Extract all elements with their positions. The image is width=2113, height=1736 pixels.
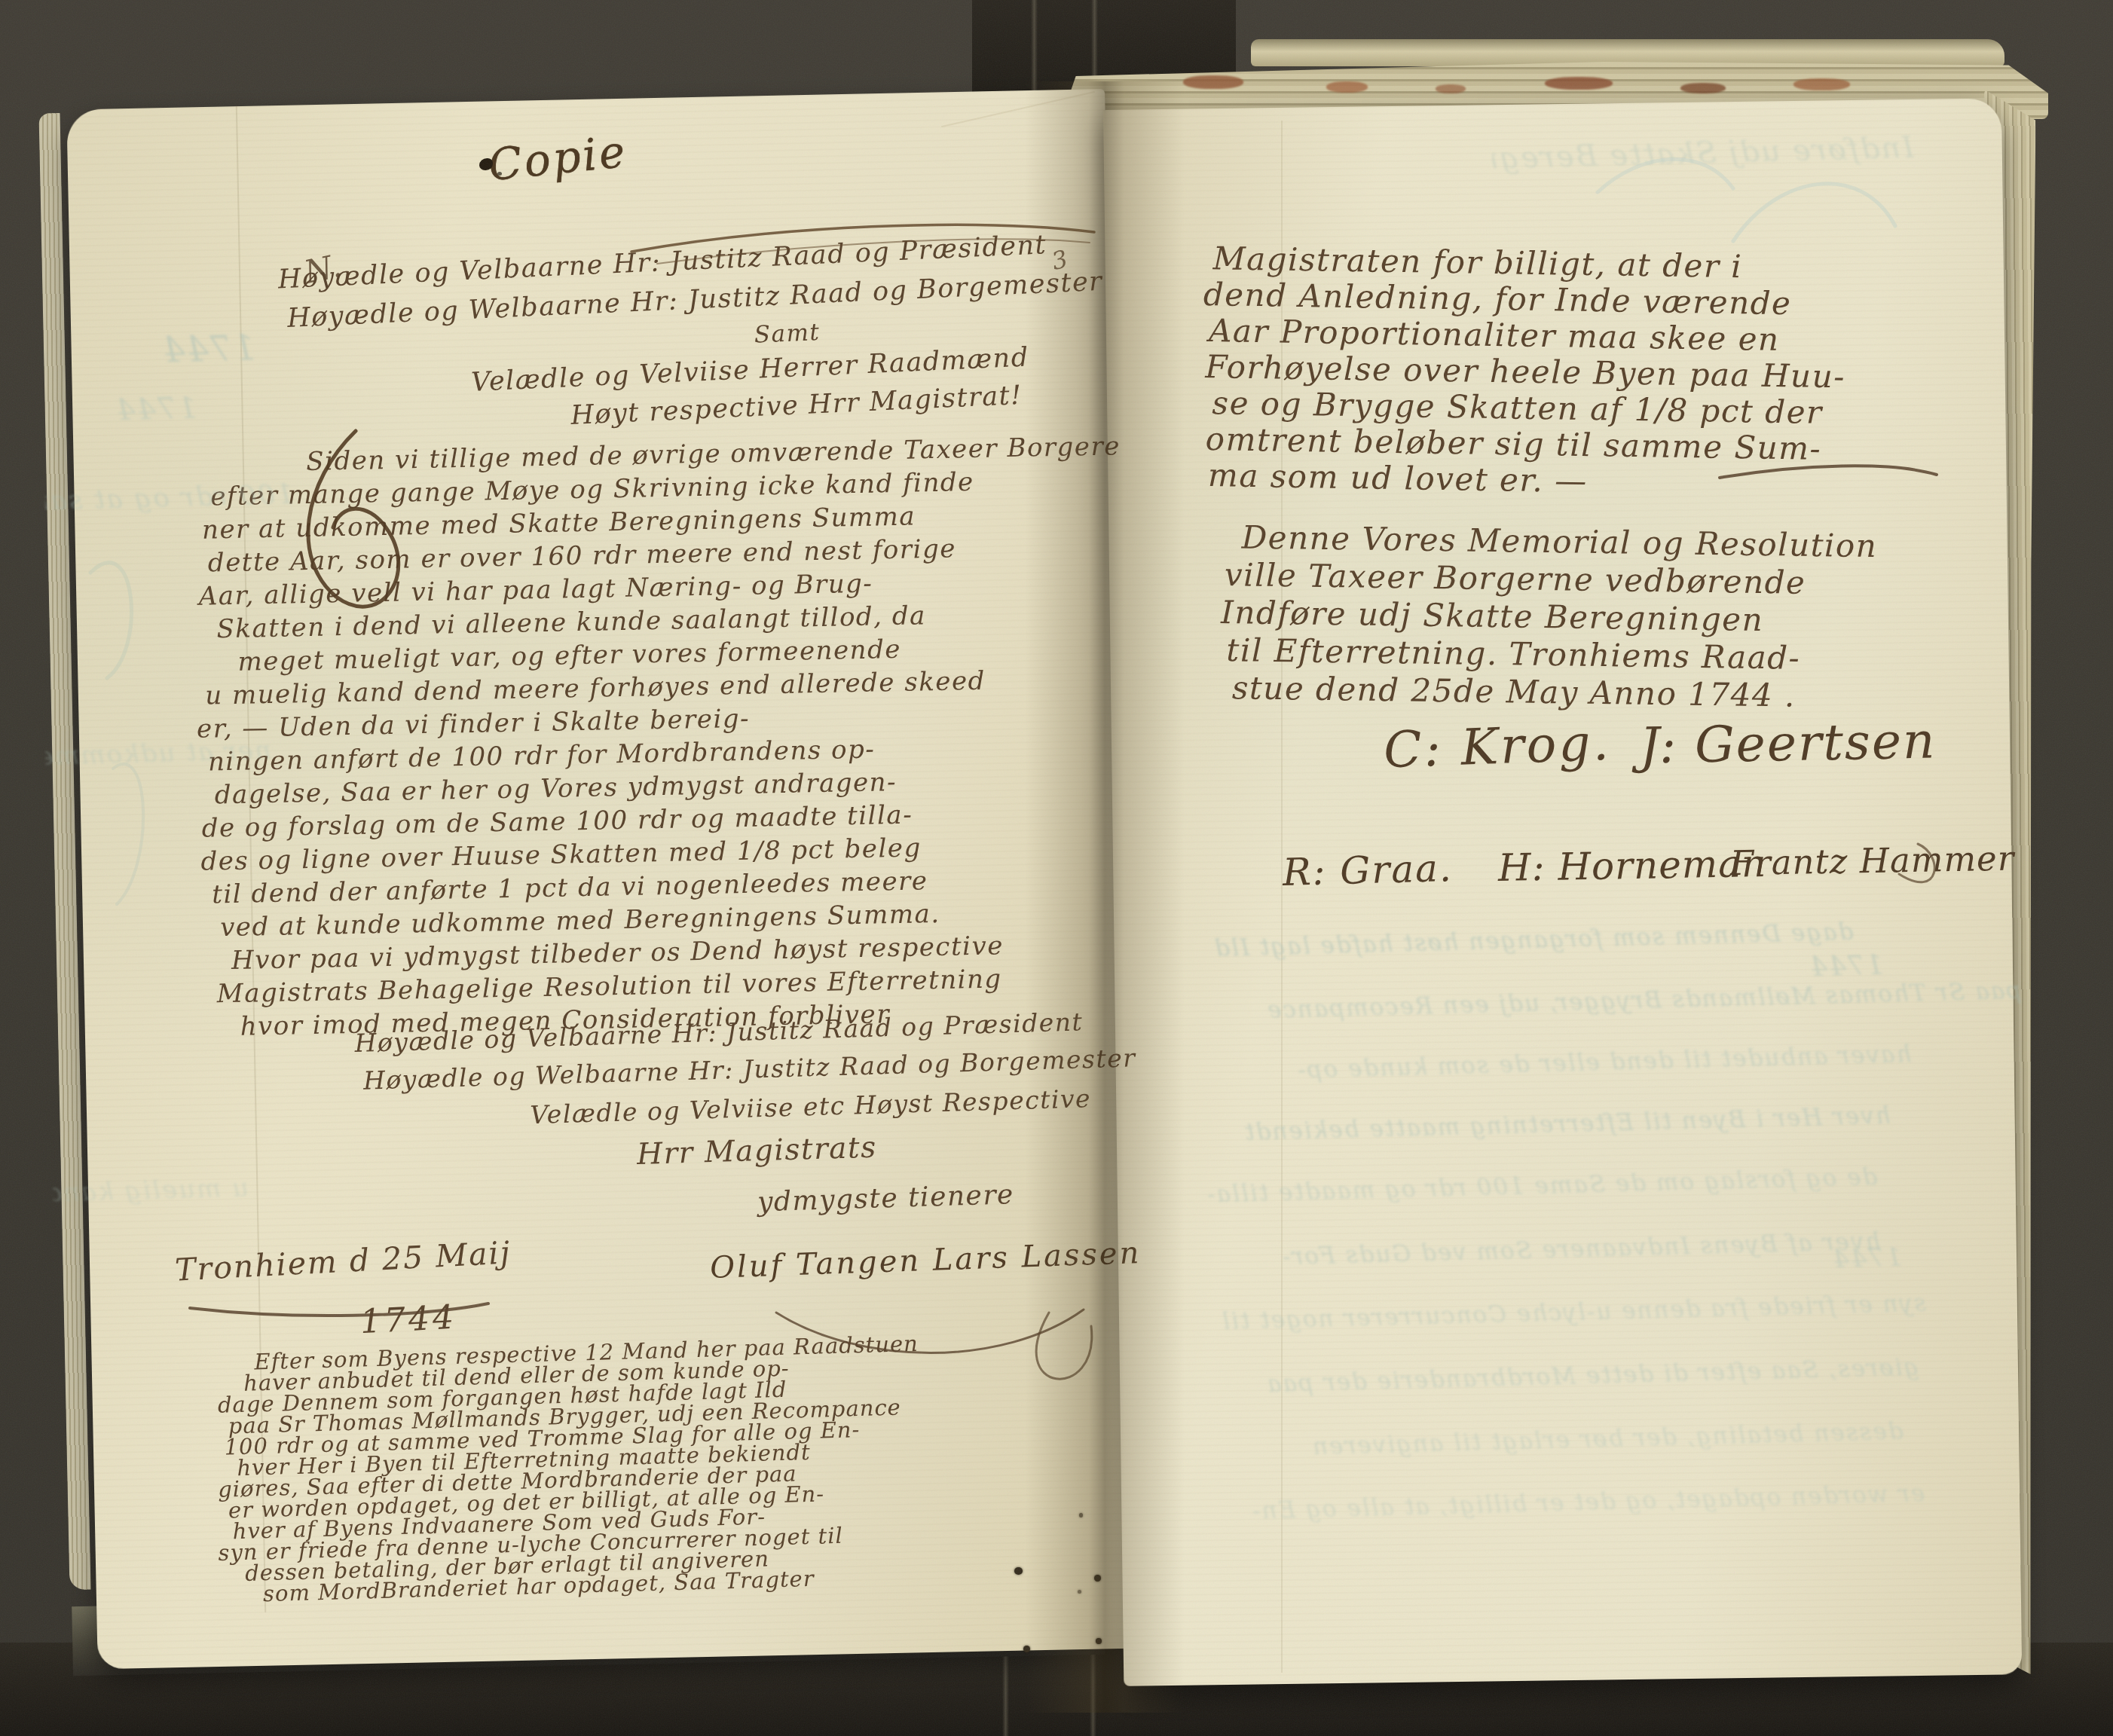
ink-speck	[1079, 1513, 1083, 1517]
bleedthrough-text: 100 rdr og at samme ved Tromme Slag for …	[45, 479, 295, 517]
edge-marbling	[1326, 81, 1368, 93]
bleedthrough-text: 1744	[114, 391, 197, 428]
wormhole	[1023, 1646, 1030, 1652]
edge-marbling	[1545, 77, 1613, 90]
signature-geertsen: J: Geertsen	[1639, 712, 1937, 775]
edge-marbling	[1183, 75, 1243, 89]
resolution-line: ma som ud lovet er. —	[1208, 457, 1588, 500]
bleedthrough-text: 1744	[1830, 1242, 1903, 1274]
signature-hammer: Frantz Hammer	[1730, 839, 2015, 884]
bleedthrough-text: ner at udkomme med Skatte Beregningens S…	[45, 735, 272, 772]
wormhole	[1014, 1567, 1023, 1575]
archival-manuscript-scan: N. Copie 3 Høyædle og Velbaarne Hr: Just…	[0, 0, 2113, 1736]
ink-blot-speck	[497, 172, 502, 176]
signature-graa: R: Graa.	[1282, 846, 1453, 894]
bleedthrough-text: 1744	[161, 327, 255, 370]
bleedthrough-text: 1744	[1808, 950, 1884, 983]
bleedthrough-text: u muelig kand dend meere forhøyes end al…	[53, 1173, 249, 1209]
memorial-line: Indføre udj Skatte Beregningen	[1221, 594, 1764, 638]
edge-marbling	[1680, 83, 1726, 93]
dateline-year: 1744	[359, 1298, 457, 1342]
closing-line: Hrr Magistrats	[636, 1131, 877, 1172]
edge-marbling	[1793, 78, 1850, 90]
wormhole	[1096, 1638, 1102, 1644]
edge-marbling	[1436, 84, 1466, 93]
memorial-line: stue dend 25de May Anno 1744 .	[1232, 669, 1797, 714]
signature-horneman: H: Horneman	[1498, 842, 1767, 890]
ink-speck	[1078, 1590, 1081, 1594]
wormhole	[1094, 1575, 1101, 1582]
signature-krog: C: Krog.	[1383, 714, 1612, 779]
address-line: Samt	[754, 319, 821, 349]
